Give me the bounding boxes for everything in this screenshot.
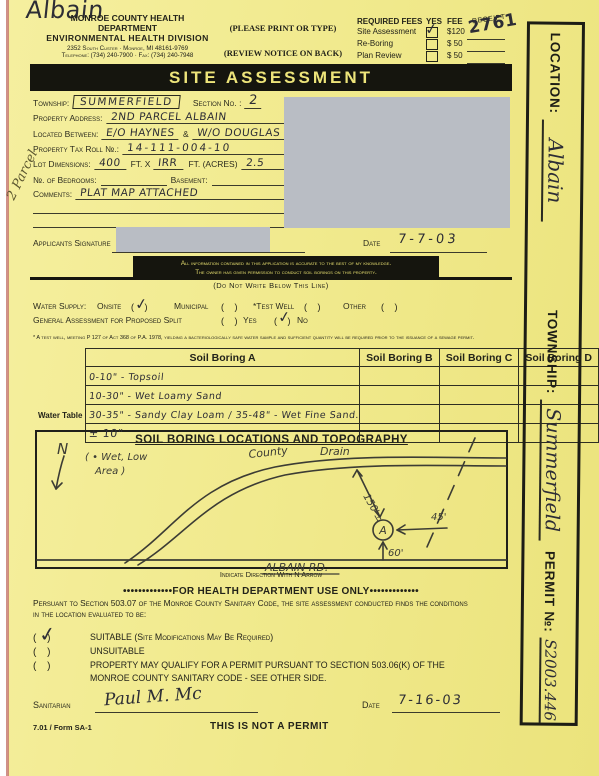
suitable-checkmark: ✓ [37, 621, 57, 647]
do-not-write-note: (Do Not Write Below This Line) [30, 281, 512, 290]
tax-roll-label: Property Tax Roll №.: [33, 144, 119, 155]
split-no-checkmark: ✓ [277, 307, 292, 327]
basement-label: Basement: [171, 175, 208, 186]
may-qualify-option-line2: MONROE COUNTY SANITARY CODE - SEE OTHER … [90, 673, 326, 683]
fee-row-site-assessment: Site Assessment [357, 27, 416, 36]
soil-boring-b-header: Soil Boring B [360, 349, 440, 367]
tax-roll-value-handwriting: 14-111-004-10 [122, 142, 286, 155]
division-name: ENVIRONMENTAL HEALTH DIVISION [45, 34, 210, 44]
fees-col-fee: FEE [447, 17, 463, 26]
wet-low-note-line2: Area ) [94, 466, 125, 477]
field-row-township: Township: SUMMERFIELD Section No. : 2 [33, 95, 286, 109]
signature-line [112, 240, 305, 253]
boring-a-label: A [378, 524, 387, 537]
department-name: MONROE COUNTY HEALTH DEPARTMENT [45, 14, 210, 34]
bedrooms-blank-line [101, 173, 167, 186]
county-drain-curve-2 [138, 465, 506, 565]
site-assessment-checkmark: ✓ [424, 19, 439, 39]
lot-length-handwriting: IRR [154, 157, 185, 170]
section-no-label: Section No. : [193, 98, 242, 109]
re-boring-fee: $ 50 [447, 39, 463, 48]
dist-45-line [397, 528, 447, 530]
unsuitable-option-text: UNSUITABLE [90, 646, 145, 656]
unsuitable-slot: ( ) [33, 647, 54, 658]
fee-row-re-boring: Re-Boring [357, 39, 393, 48]
sanitarian-date-line [392, 700, 500, 713]
site-assessment-fee: $120 [447, 27, 465, 36]
soil-a-layer-3-handwriting: 30-35" - Sandy Clay Loam / 35-48" - Wet … [88, 410, 359, 421]
health-dept-header: •••••••••••••FOR HEALTH DEPARTMENT USE O… [30, 586, 512, 597]
soil-boring-sketch-box: SOIL BORING LOCATIONS AND TOPOGRAPHY [35, 430, 508, 569]
soil-a-layer-2-handwriting: 10-30" - Wet Loamy Sand [88, 391, 222, 402]
water-option-municipal: Municipal [174, 301, 208, 312]
sidebar-location-value-handwriting: Albain [541, 120, 568, 222]
dist-60-label: 60' [388, 548, 403, 559]
lot-dimensions-label: Lot Dimensions: [33, 159, 91, 170]
dashed-property-line [423, 438, 475, 556]
soil-a-layer-1-handwriting: 0-10" - Topsoil [88, 372, 164, 383]
located-between-label: Located Between: [33, 129, 98, 140]
test-well-footnote: * A test well, meeting P 127 of Act 368 … [33, 335, 511, 341]
blank-line [33, 201, 286, 214]
fee-row-plan-review: Plan Review [357, 51, 401, 60]
split-yes-slot: ( ) [221, 316, 242, 326]
comments-label: Comments: [33, 189, 72, 200]
section-no-value-handwriting: 2 [245, 93, 263, 109]
split-no-label: No [297, 315, 308, 326]
county-drain-label-1: County [248, 444, 289, 461]
sidebar-permit-label: PERMIT №: [542, 551, 558, 633]
water-supply-label: Water Supply: [33, 301, 86, 312]
field-row-bedrooms: №. of Bedrooms: Basement: [33, 172, 286, 186]
department-address: 2352 South Custer · Monroe, MI 48161-976… [45, 45, 210, 52]
water-option-onsite: Onsite [97, 301, 121, 312]
county-drain-curve-1 [125, 457, 506, 563]
department-header: MONROE COUNTY HEALTH DEPARTMENT ENVIRONM… [45, 14, 210, 59]
soil-table-header-row: Soil Boring A Soil Boring B Soil Boring … [86, 349, 599, 367]
other-check-slot: ( ) [381, 302, 402, 312]
proposed-split-label: General Assessment for Proposed Split [33, 315, 182, 326]
bedrooms-label: №. of Bedrooms: [33, 175, 97, 186]
sidebar-township-value-handwriting: Summerfield [539, 399, 564, 541]
may-qualify-option-line1: PROPERTY MAY QUALIFY FOR A PERMIT PURSUA… [90, 660, 445, 670]
test-well-check-slot: ( ) [304, 302, 325, 312]
re-boring-checkbox [426, 39, 438, 50]
water-option-other: Other [343, 301, 366, 312]
soil-row-3: 30-35" - Sandy Clay Loam / 35-48" - Wet … [86, 405, 599, 424]
applicants-signature-label: Applicants Signature [33, 238, 111, 249]
redaction-box-large [284, 97, 510, 228]
field-row-comments: Comments: PLAT MAP ATTACHED [33, 186, 286, 200]
water-table-value-handwriting: ± 10" [88, 427, 124, 440]
north-label: N [57, 440, 68, 458]
ft-acres-label: FT. (ACRES) [188, 159, 237, 170]
plan-review-checkbox [426, 51, 438, 62]
plan-review-fee: $ 50 [447, 51, 463, 60]
comments-blank-row-1 [33, 200, 286, 214]
sanitarian-label: Sanitarian [33, 700, 71, 711]
field-row-tax-roll: Property Tax Roll №.: 14-111-004-10 [33, 141, 286, 155]
health-paragraph: Persuant to Section 503.07 of the Monroe… [33, 598, 511, 620]
township-value-handwriting: SUMMERFIELD [72, 95, 180, 109]
suitable-option-text: SUITABLE (Site Modifications May Be Requ… [90, 632, 273, 642]
site-assessment-title-bar: SITE ASSESSMENT [30, 64, 512, 91]
fees-title: REQUIRED FEES [357, 17, 422, 26]
sidebar-permit-value-handwriting: S2003.446 [539, 637, 560, 722]
may-qualify-slot: ( ) [33, 661, 54, 672]
county-drain-label-2: Drain [320, 445, 350, 458]
dist-150-label: 150'± [360, 492, 385, 524]
soil-boring-c-header: Soil Boring C [439, 349, 519, 367]
lot-width-handwriting: 400 [94, 157, 127, 170]
basement-blank-line [212, 173, 286, 186]
lot-acres-handwriting: 2.5 [241, 157, 287, 170]
sidebar-location-label: LOCATION: [548, 33, 564, 114]
township-label: Township: [33, 98, 69, 109]
located-between-value1-handwriting: E/O HAYNES [102, 127, 180, 140]
field-row-located-between: Located Between: E/O HAYNES & W/O DOUGLA… [33, 126, 286, 140]
page-left-edge [6, 0, 9, 776]
ft-x-label: FT. X [131, 159, 151, 170]
health-paragraph-line2: in the location evaluated to be: [33, 609, 511, 620]
notice-line-1: All information contained in this applic… [133, 259, 439, 268]
department-phone: Telephone: (734) 240-7900 · Fax: (734) 2… [45, 52, 210, 59]
property-address-label: Property Address: [33, 113, 103, 124]
field-row-lot-dimensions: Lot Dimensions: 400 FT. X IRR FT. (ACRES… [33, 156, 286, 170]
scanned-site-assessment-form: Albain 2 Parcel MONROE COUNTY HEALTH DEP… [0, 0, 599, 776]
comments-blank-row-2 [33, 214, 286, 228]
split-yes-label: Yes [243, 315, 257, 326]
signature-date-label: Date [363, 238, 380, 249]
section-divider-line [30, 277, 512, 280]
date-line [390, 240, 487, 253]
print-or-type-note: (PLEASE PRINT OR TYPE) [218, 23, 348, 33]
vertical-sidebar: LOCATION: Albain TOWNSHIP: Summerfield P… [520, 21, 585, 726]
health-paragraph-line1: Persuant to Section 503.07 of the Monroe… [33, 598, 511, 609]
ampersand: & [183, 129, 189, 140]
topography-sketch: N ( • Wet, Low Area ) County Drain 150'±… [37, 432, 506, 567]
located-between-value2-handwriting: W/O DOUGLAS [192, 127, 287, 140]
review-notice-note: (REVIEW NOTICE ON BACK) [218, 48, 348, 58]
field-row-property-address: Property Address: 2ND PARCEL ALBAIN [33, 110, 286, 124]
municipal-check-slot: ( ) [221, 302, 242, 312]
sanitarian-date-label: Date [362, 700, 380, 711]
soil-row-2: 10-30" - Wet Loamy Sand [86, 386, 599, 405]
soil-row-1: 0-10" - Topsoil [86, 367, 599, 386]
soil-boring-a-header: Soil Boring A [86, 349, 360, 367]
property-address-value-handwriting: 2ND PARCEL ALBAIN [106, 111, 287, 124]
not-a-permit-text: THIS IS NOT A PERMIT [210, 721, 329, 732]
comments-value-handwriting: PLAT MAP ATTACHED [75, 187, 286, 200]
sanitarian-line [95, 700, 258, 713]
notice-line-2: The owner has given permission to conduc… [133, 268, 439, 277]
water-table-label: Water Table [38, 411, 82, 420]
sidebar-township-label: TOWNSHIP: [545, 310, 561, 394]
form-number: 7.01 / Form SA-1 [33, 723, 92, 732]
onsite-checkmark: ✓ [134, 294, 149, 314]
indicate-direction-caption: Indicate Direction With N Arrow [30, 570, 512, 579]
dist-45-label: 45' [431, 512, 446, 523]
wet-low-note-line1: ( • Wet, Low [85, 452, 148, 463]
